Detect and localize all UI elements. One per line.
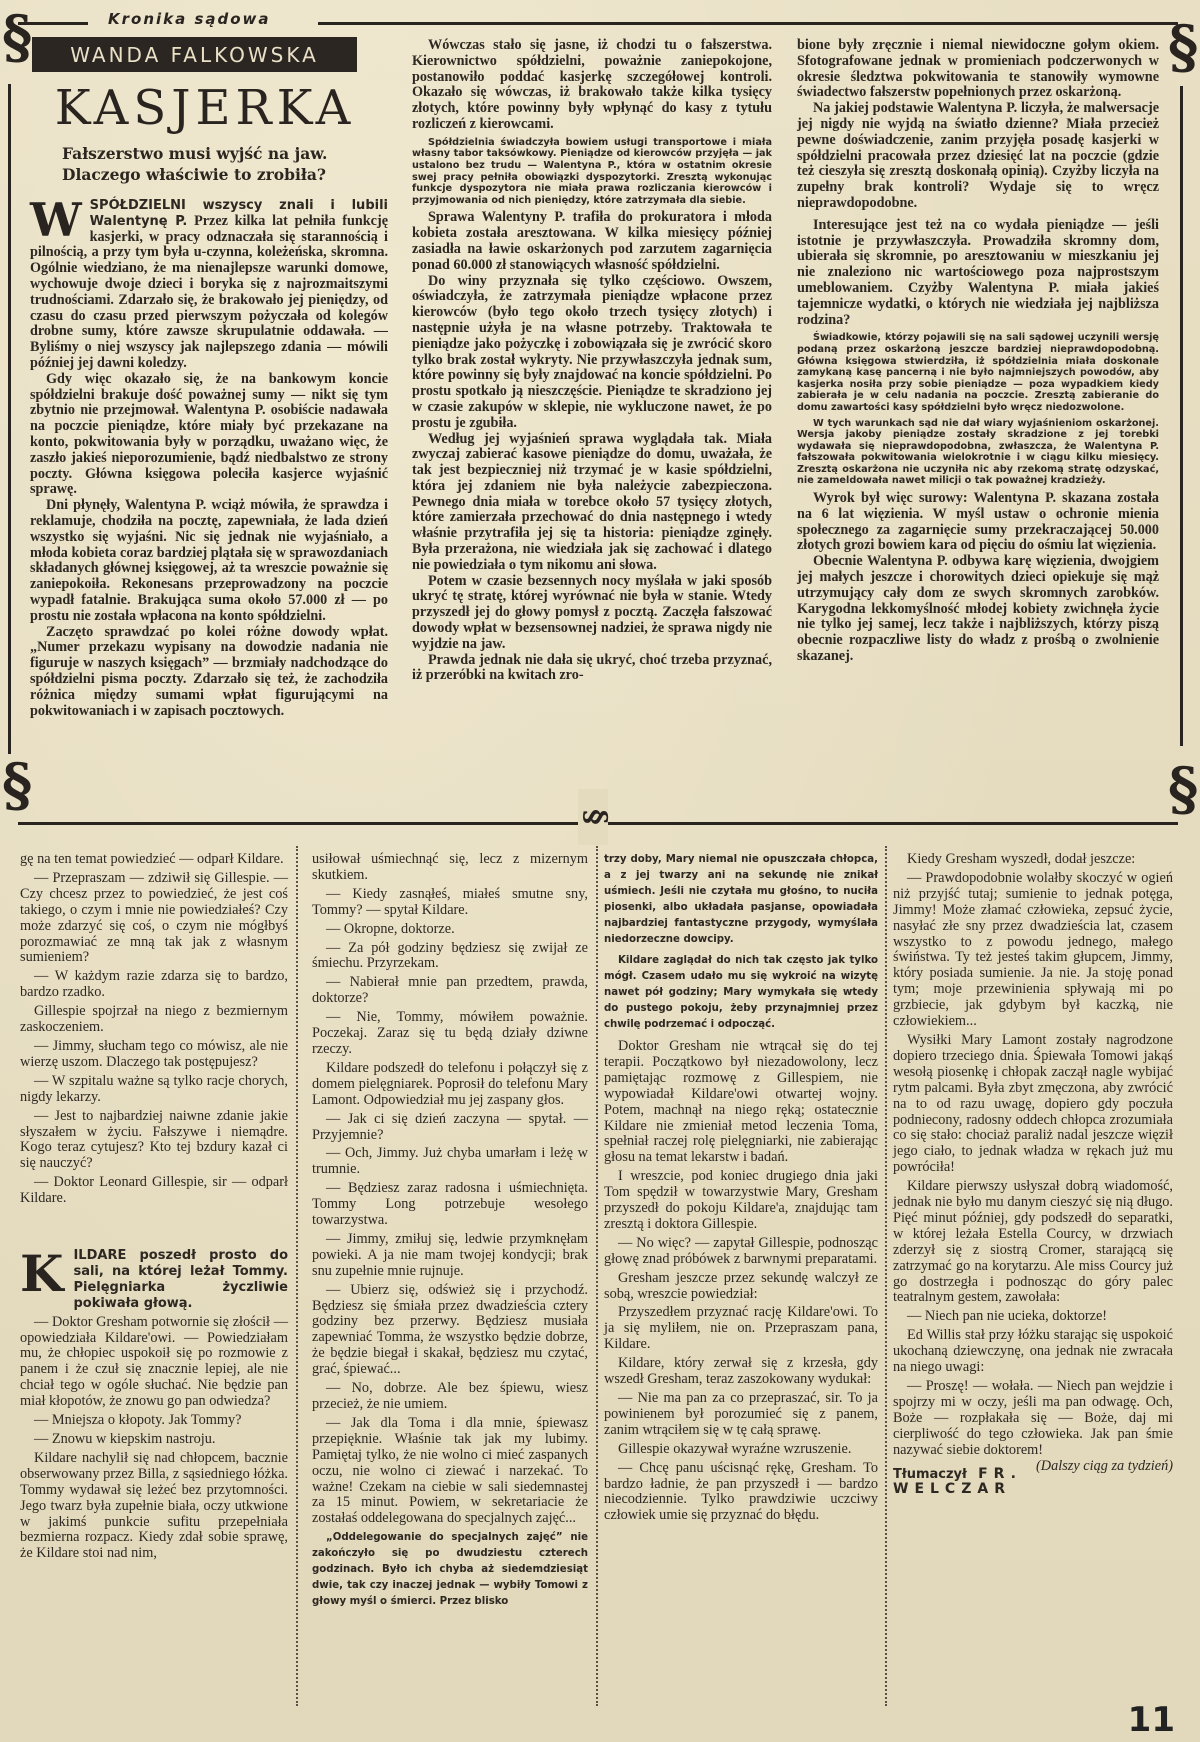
small-print-paragraph: „Oddelegowanie do specjalnych zajęć” nie… (312, 1530, 588, 1610)
column-divider (596, 846, 598, 1706)
paragraph: Obecnie Walentyna P. odbywa karę więzien… (797, 554, 1159, 665)
paragraph: Gdy więc okazało się, że na bankowym kon… (30, 372, 388, 498)
subtitle-line-1: Fałszerstwo musi wyjść na jaw. (62, 143, 362, 164)
paragraph: Kildare pierwszy usłyszał dobrą wiadomoś… (893, 1179, 1173, 1306)
article-subtitle: Fałszerstwo musi wyjść na jaw. Dlaczego … (62, 143, 362, 185)
paragraph: Do winy przyznała się tylko częściowo. O… (412, 274, 772, 432)
paragraph: — Kiedy zasnąłeś, miałeś smutne sny, Tom… (312, 887, 588, 919)
small-print-paragraph: Kildare zaglądał do nich tak często jak … (604, 953, 878, 1033)
drop-cap: K (20, 1252, 63, 1296)
paragraph: Kildare nachylił się nad chłopcem, baczn… (20, 1451, 288, 1562)
paragraph: Kildare podszedł do telefonu i połączył … (312, 1061, 588, 1109)
paragraph: bione były zręcznie i niemal niewidoczne… (797, 38, 1159, 101)
small-print-paragraph: W tych warunkach sąd nie dał wiary wyjaś… (797, 418, 1159, 488)
section-sign-ornament-top-right: § (1168, 18, 1198, 76)
paragraph: — Och, Jimmy. Już chyba umarłam i leżę w… (312, 1146, 588, 1178)
paragraph: Potem w czasie bezsennych nocy myślała w… (412, 574, 772, 653)
paragraph: — W szpitalu ważne są tylko racje choryc… (20, 1074, 288, 1106)
paragraph: Przyszedłem przyznać rację Kildare'owi. … (604, 1305, 878, 1353)
paragraph: gę na ten temat powiedzieć — odparł Kild… (20, 852, 288, 868)
serial-column-1: gę na ten temat powiedzieć — odparł Kild… (20, 852, 288, 1565)
paragraph: Według jej wyjaśnień sprawa wyglądała ta… (412, 432, 772, 574)
paragraph: Ed Willis stał przy łóżku starając się u… (893, 1328, 1173, 1376)
rubric-label: Kronika sądowa (108, 10, 271, 28)
paragraph: — Ubierz się, odśwież się i przychodź. B… (312, 1283, 588, 1378)
paragraph: Kiedy Gresham wyszedł, dodał jeszcze: (893, 852, 1173, 868)
lead-bold-text: ILDARE poszedł prosto do sali, na której… (73, 1248, 288, 1311)
translator-label: Tłumaczył (893, 1467, 967, 1482)
serial-column-3: trzy doby, Mary niemal nie opuszczała ch… (604, 852, 878, 1527)
paragraph: Doktor Gresham nie wtrącał się do tej te… (604, 1039, 878, 1166)
paragraph: Prawda jednak nie dała się ukryć, choć t… (412, 653, 772, 685)
paragraph: — W każdym razie zdarza się to bardzo, b… (20, 969, 288, 1001)
paragraph: I wreszcie, pod koniec drugiego dnia jak… (604, 1169, 878, 1233)
lead-text: Przez kilka lat pełniła funkcję kasjerki… (30, 213, 388, 371)
paragraph: — Jak ci się dzień zaczyna — spytał. — P… (312, 1112, 588, 1144)
paragraph: Zaczęto sprawdzać po kolei różne dowody … (30, 625, 388, 720)
paragraph: — Znowu w kiepskim nastroju. (20, 1432, 288, 1448)
paragraph-text: — Proszę! — wołała. — Niech pan wejdzie … (893, 1378, 1173, 1458)
serial-lead-paragraph: KILDARE poszedł prosto do sali, na które… (20, 1248, 288, 1312)
section-divider-ornament: § (578, 789, 608, 845)
frame-left-line (8, 84, 11, 754)
paragraph: — Za pół godziny będziesz się zwijał ze … (312, 941, 588, 973)
lead-paragraph: WSPÓŁDZIELNI wszyscy znali i lubili Wale… (30, 198, 388, 372)
paragraph: — Doktor Leonard Gillespie, sir — odparł… (20, 1175, 288, 1207)
frame-right-line (1180, 86, 1183, 746)
paragraph: — Nabierał mnie pan przedtem, prawda, do… (312, 975, 588, 1007)
paragraph: — Doktor Gresham potwornie się złościł —… (20, 1315, 288, 1410)
paragraph: — Jimmy, słucham tego co mówisz, ale nie… (20, 1039, 288, 1071)
author-name: WANDA FALKOWSKA (70, 43, 319, 67)
paragraph: Dni płynęły, Walentyna P. wciąż mówiła, … (30, 498, 388, 624)
paragraph: — Prawdopodobnie wolałby skoczyć w ogień… (893, 871, 1173, 1030)
section-sign-ornament-bottom-right: § (1168, 760, 1198, 818)
column-divider (885, 846, 887, 1706)
paragraph: — Chcę panu uścisnąć rękę, Gresham. To b… (604, 1461, 878, 1525)
paragraph: — Przepraszam — zdziwił się Gillespie. —… (20, 871, 288, 966)
section-sign-ornament-bottom-left: § (2, 756, 32, 814)
paragraph: Gillespie spojrzał na niego z bezmiernym… (20, 1004, 288, 1036)
paragraph: — Jest to najbardziej naiwne zdanie jaki… (20, 1109, 288, 1173)
paragraph: — Proszę! — wołała. — Niech pan wejdzie … (893, 1379, 1173, 1459)
paragraph: Kildare, który zerwał się z krzesła, gdy… (604, 1356, 878, 1388)
paragraph: Wówczas stało się jasne, iż chodzi tu o … (412, 38, 772, 133)
small-print-paragraph: trzy doby, Mary niemal nie opuszczała ch… (604, 852, 878, 947)
paragraph: — Będziesz zaraz radosna i uśmiechnięta.… (312, 1181, 588, 1229)
small-print-paragraph: Spółdzielnia świadczyła bowiem usługi tr… (412, 137, 772, 207)
article-column-2: Wówczas stało się jasne, iż chodzi tu o … (412, 38, 772, 684)
paragraph: — Okropne, doktorze. (312, 922, 588, 938)
paragraph: usiłował uśmiechnąć się, lecz z mizernym… (312, 852, 588, 884)
paragraph: Wyrok był więc surowy: Walentyna P. skaz… (797, 491, 1159, 554)
author-banner: WANDA FALKOWSKA (32, 37, 357, 72)
paragraph: — Mniejsza o kłopoty. Jak Tommy? (20, 1413, 288, 1429)
paragraph: Gresham jeszcze przez sekundę walczył ze… (604, 1271, 878, 1303)
paragraph: Wysiłki Mary Lamont zostały nagrodzone d… (893, 1033, 1173, 1176)
paragraph: — No więc? — zapytał Gillespie, podnoszą… (604, 1236, 878, 1268)
paragraph: — Jimmy, zmiłuj się, ledwie przymknęłam … (312, 1232, 588, 1280)
top-rule-right (318, 22, 1178, 25)
column-divider (296, 846, 298, 1706)
page-number: 11 (1128, 1700, 1175, 1740)
article-column-3: bione były zręcznie i niemal niewidoczne… (797, 38, 1159, 665)
paragraph: Gillespie okazywał wyraźne wzruszenie. (604, 1442, 878, 1458)
paragraph: Interesujące jest też na co wydała pieni… (797, 218, 1159, 329)
paragraph: — Niech pan nie ucieka, doktorze! (893, 1309, 1173, 1325)
continued-note: (Dalszy ciąg za tydzień) (1022, 1459, 1173, 1475)
paragraph: Na jakiej podstawie Walentyna P. liczyła… (797, 101, 1159, 212)
serial-column-4: Kiedy Gresham wyszedł, dodał jeszcze: — … (893, 852, 1173, 1498)
subtitle-line-2: Dlaczego właściwie to zrobiła? (62, 164, 362, 185)
paragraph: — No, dobrze. Ale bez śpiewu, wiesz prze… (312, 1381, 588, 1413)
section-sign-ornament-top-left: § (2, 8, 32, 66)
serial-column-2: usiłował uśmiechnąć się, lecz z mizernym… (312, 852, 588, 1616)
article-title: KASJERKA (50, 80, 360, 136)
paragraph: — Jak dla Toma i dla mnie, śpiewasz prze… (312, 1416, 588, 1527)
newspaper-page: § § § § § Kronika sądowa WANDA FALKOWSKA… (0, 0, 1200, 1742)
paragraph: — Nie ma pan za co przepraszać, sir. To … (604, 1391, 878, 1439)
paragraph: Sprawa Walentyny P. trafiła do prokurato… (412, 210, 772, 273)
drop-cap: W (30, 200, 82, 240)
article-column-1: WSPÓŁDZIELNI wszyscy znali i lubili Wale… (30, 198, 388, 719)
top-rule-left (18, 22, 88, 25)
paragraph: — Nie, Tommy, mówiłem poważnie. Poczekaj… (312, 1010, 588, 1058)
small-print-paragraph: Świadkowie, którzy pojawili się na sali … (797, 332, 1159, 413)
